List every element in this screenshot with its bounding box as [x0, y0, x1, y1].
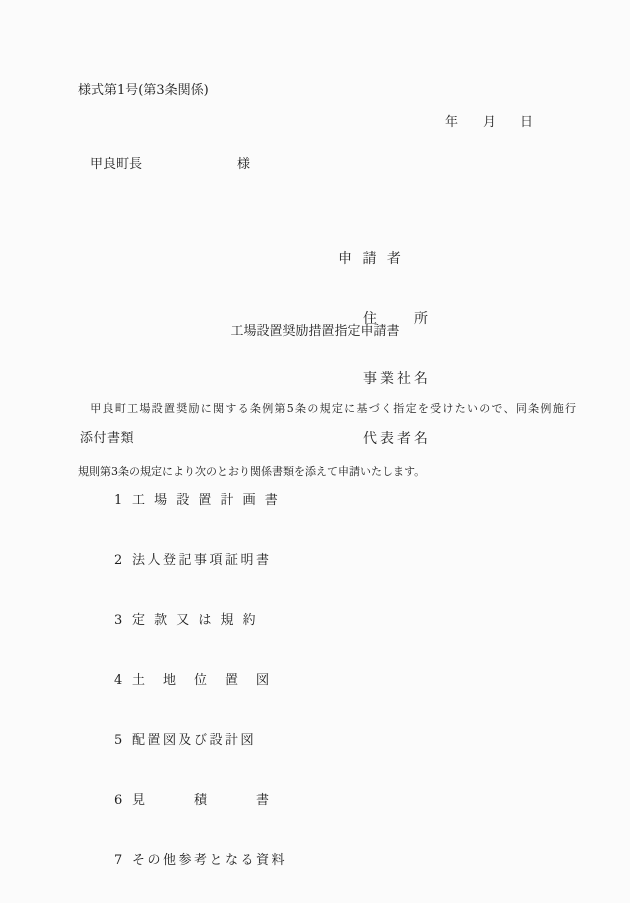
form-number: 様式第1号(第3条関係)	[78, 84, 209, 98]
attachment-label: 定 款 又 は 規 約	[132, 611, 258, 631]
attachment-item: 7 その他参考となる資料	[114, 851, 287, 871]
attachment-number: 3	[114, 611, 132, 631]
attachment-item: 3 定 款 又 は 規 約	[114, 611, 287, 631]
attachment-item: 4 土 地 位 置 図	[114, 671, 287, 691]
attachment-number: 2	[114, 551, 132, 571]
applicant-heading: 申 請 者	[338, 249, 431, 269]
attachment-label: その他参考となる資料	[132, 851, 287, 871]
body-line-1: 甲良町工場設置奨励に関する条例第5条の規定に基づく指定を受けたいので、同条例施行	[78, 398, 576, 419]
attachment-label: 法人登記事項証明書	[132, 551, 272, 571]
attachment-item: 6 見 積 書	[114, 791, 287, 811]
attachment-item: 2 法人登記事項証明書	[114, 551, 287, 571]
attachment-label: 見 積 書	[132, 791, 272, 811]
attachment-label: 土 地 位 置 図	[132, 671, 272, 691]
attachment-item: 5 配置図及び設計図	[114, 731, 287, 751]
addressee-line: 甲良町長 様	[90, 157, 250, 172]
attachment-number: 4	[114, 671, 132, 691]
document-page: 様式第1号(第3条関係) 年 月 日 甲良町長 様 申 請 者 住 所 事業社名…	[0, 0, 630, 903]
attachment-number: 5	[114, 731, 132, 751]
attachments-heading: 添付書類	[80, 431, 134, 446]
attachments-list: 1 工 場 設 置 計 画 書 2 法人登記事項証明書 3 定 款 又 は 規 …	[114, 451, 287, 903]
attachment-item: 1 工 場 設 置 計 画 書	[114, 491, 287, 511]
attachment-number: 6	[114, 791, 132, 811]
addressee-name: 甲良町長	[90, 157, 142, 172]
attachment-number: 1	[114, 491, 132, 511]
date-year-label: 年	[445, 116, 458, 130]
attachment-number: 7	[114, 851, 132, 871]
date-month-label: 月	[483, 116, 496, 130]
attachment-label: 配置図及び設計図	[132, 731, 256, 751]
attachment-label: 工 場 設 置 計 画 書	[132, 491, 280, 511]
date-line: 年 月 日	[445, 116, 533, 130]
document-title: 工場設置奨励措置指定申請書	[0, 324, 630, 339]
date-day-label: 日	[520, 116, 533, 130]
addressee-honorific: 様	[237, 157, 250, 172]
